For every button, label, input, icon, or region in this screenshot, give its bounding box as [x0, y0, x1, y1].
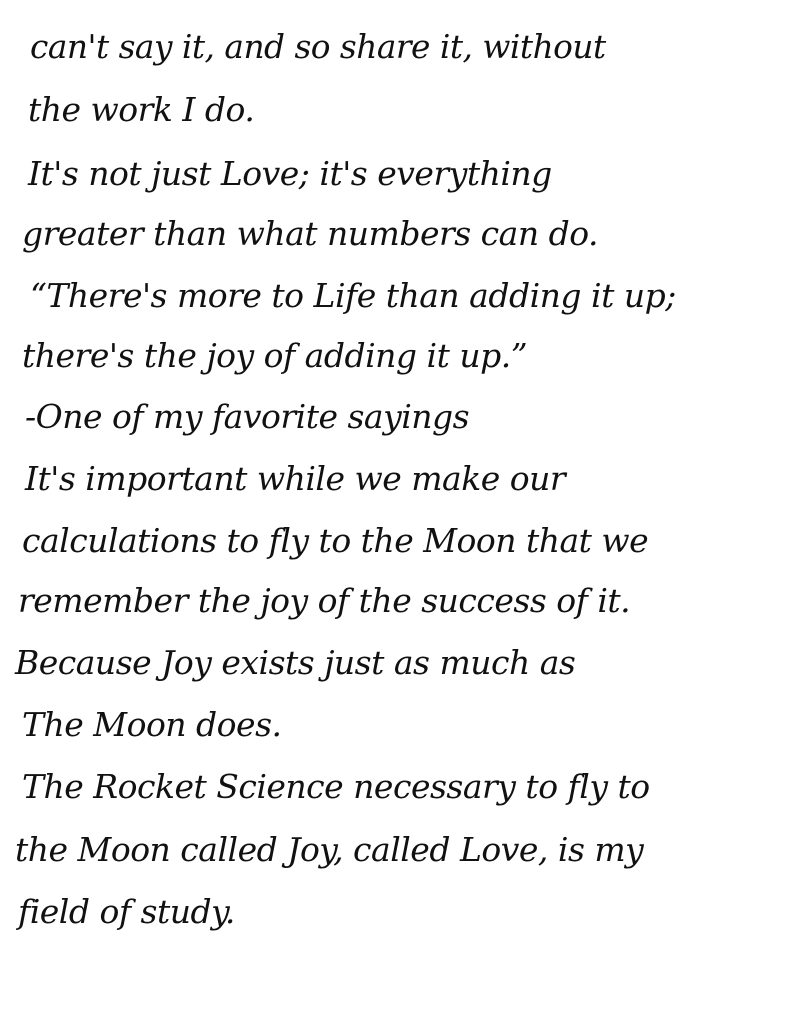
text-line-9: calculations to fly to the Moon that we [22, 524, 648, 557]
text-line-1: can't say it, and so share it, without [30, 30, 770, 63]
text-line-5: “There's more to Life than adding it up; [30, 279, 676, 312]
text-line-8: It's important while we make our [25, 462, 565, 495]
handwritten-page: can't say it, and so share it, without t… [0, 0, 800, 1014]
text-line-2: the work I do. [28, 93, 254, 126]
text-line-3: It's not just Love; it's everything [28, 157, 552, 190]
text-line-14: the Moon called Joy, called Love, is my [15, 833, 643, 866]
text-line-12: The Moon does. [22, 708, 282, 741]
text-line-10: remember the joy of the success of it. [18, 584, 630, 617]
text-line-15: field of study. [18, 895, 235, 928]
text-line-11: Because Joy exists just as much as [15, 646, 575, 679]
text-line-6: there's the joy of adding it up.” [22, 339, 527, 372]
text-line-13: The Rocket Science necessary to fly to [22, 770, 650, 803]
text-line-7: -One of my favorite sayings [25, 400, 469, 433]
text-line-4: greater than what numbers can do. [22, 217, 598, 250]
